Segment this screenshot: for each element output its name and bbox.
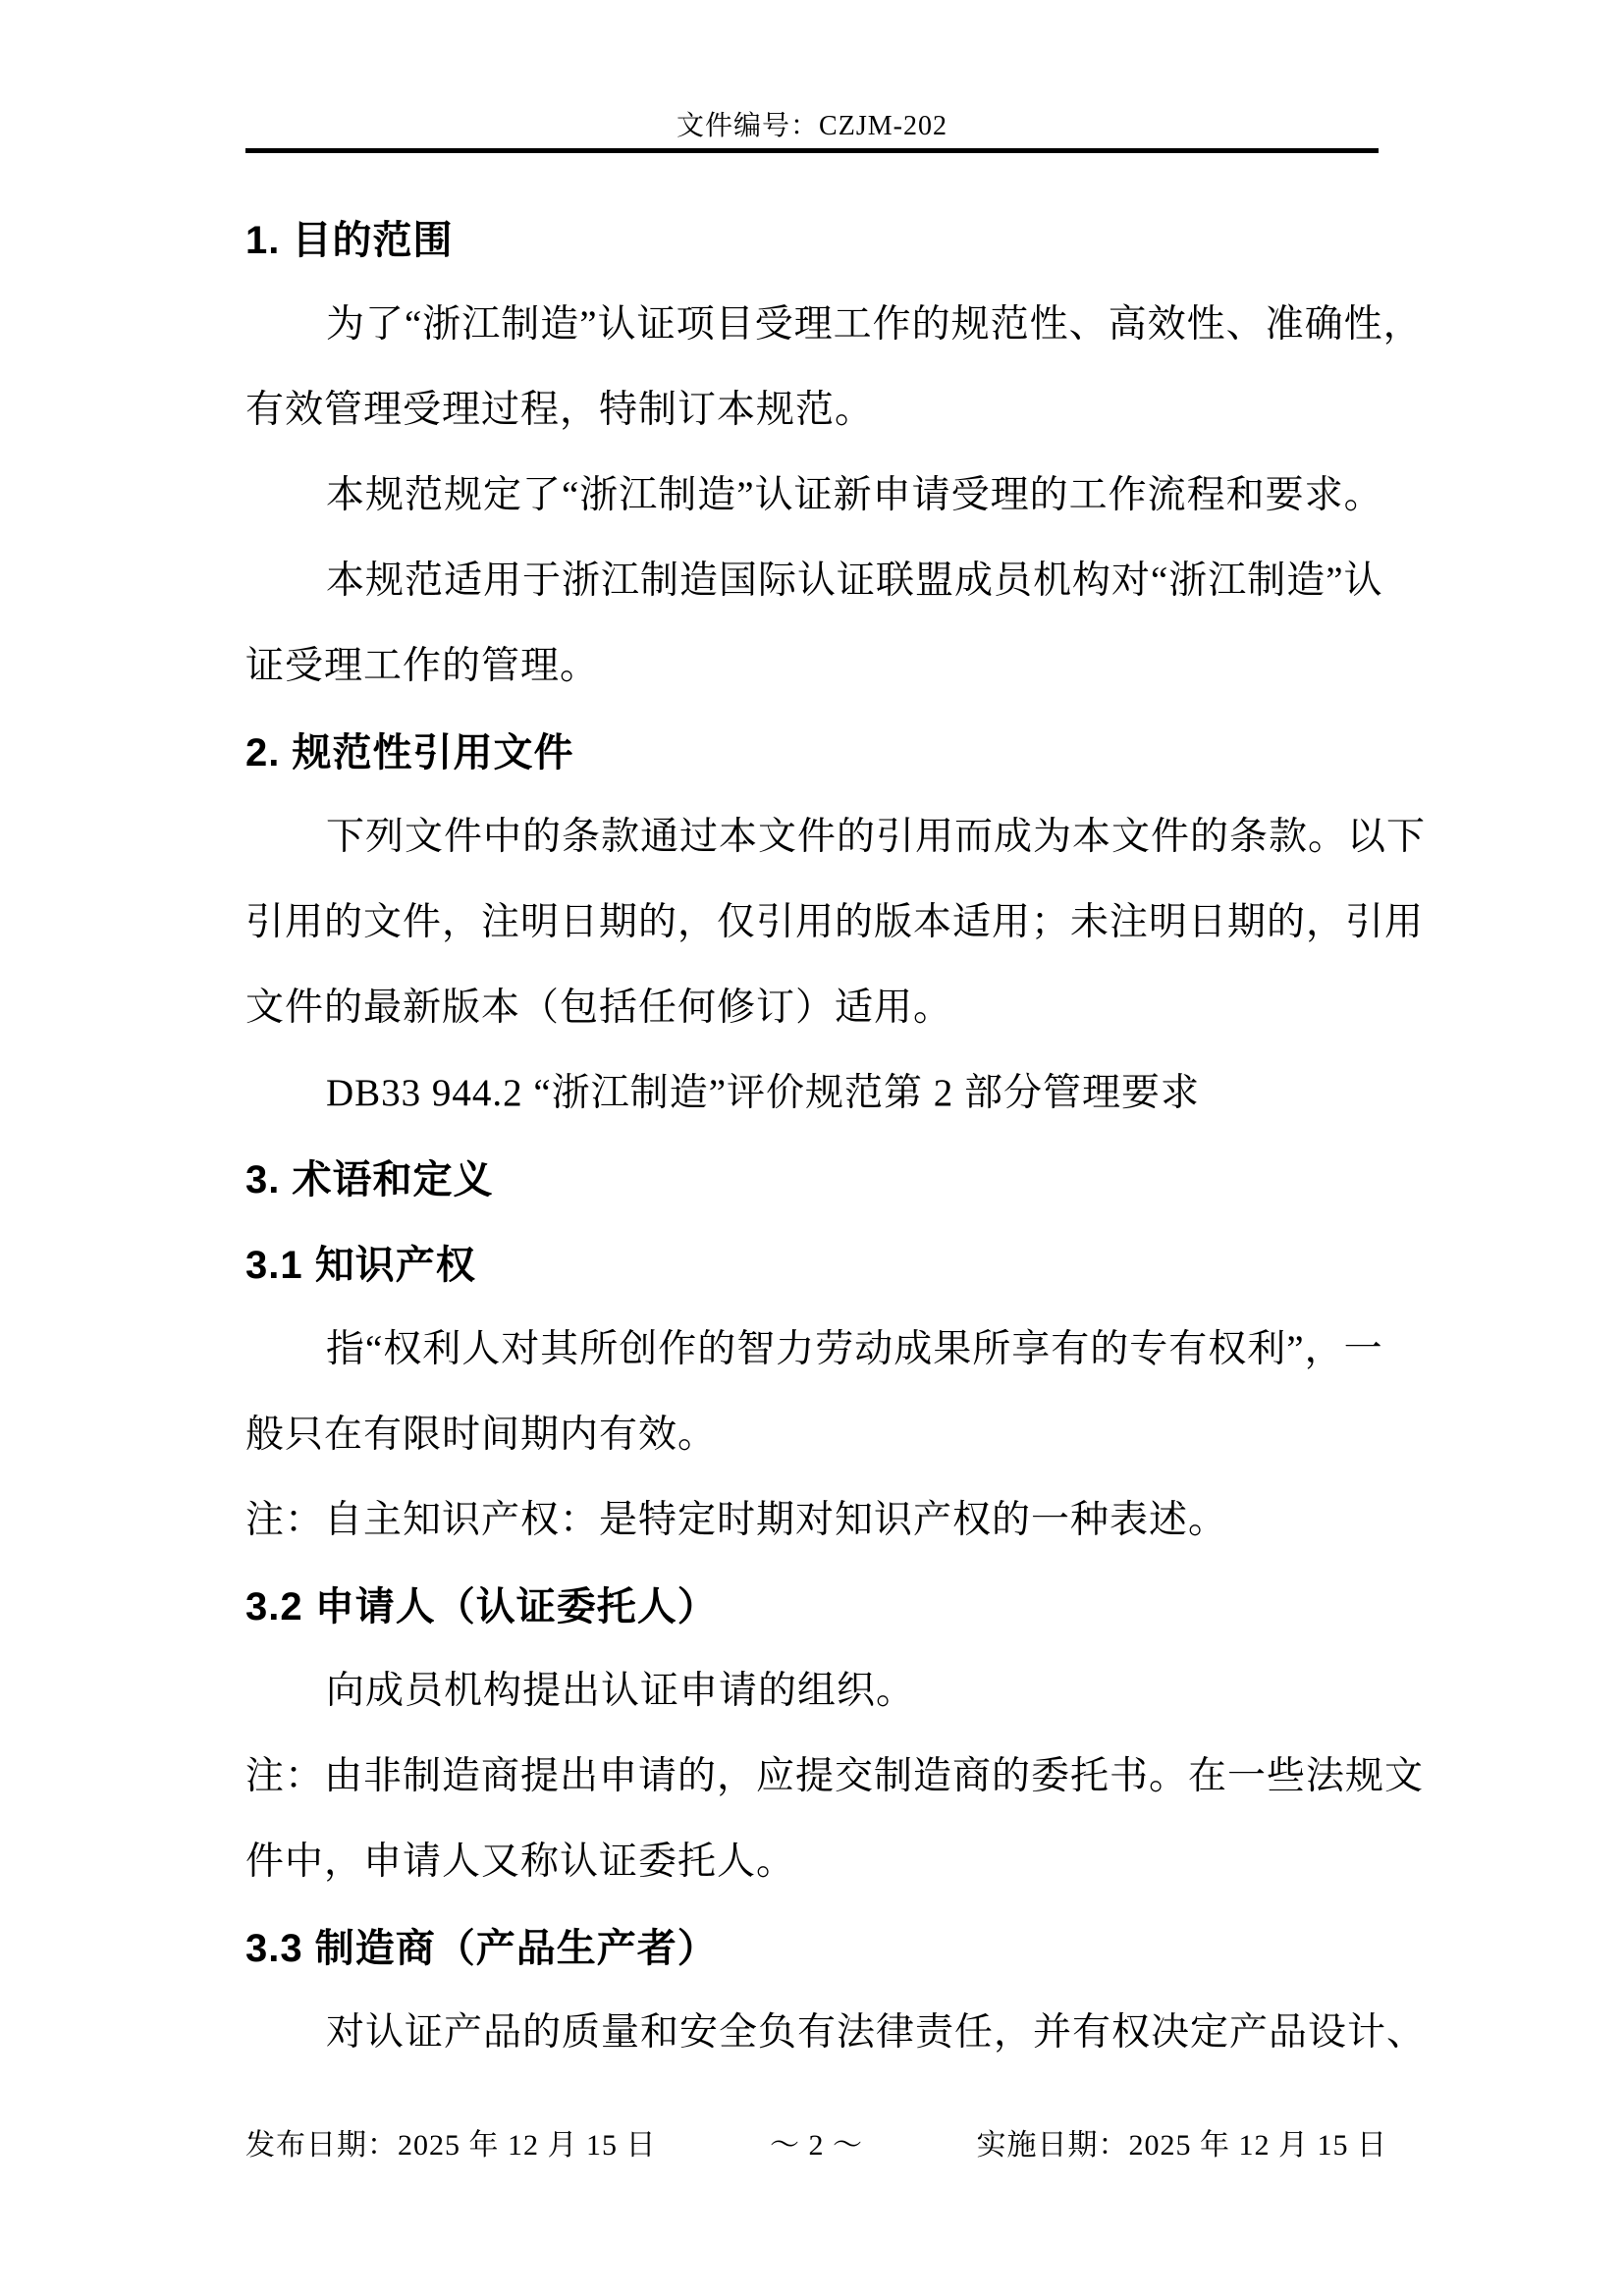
text-line: 本规范规定了“浙江制造”认证新申请受理的工作流程和要求。	[245, 474, 1404, 560]
text-line: 证受理工作的管理。	[245, 645, 1404, 730]
section-heading-2: 2. 规范性引用文件	[245, 730, 1404, 816]
page-footer: 发布日期：2025 年 12 月 15 日 ～ 2 ～ 实施日期：2025 年 …	[245, 2120, 1387, 2163]
text-line: 引用的文件，注明日期的，仅引用的版本适用；未注明日期的，引用	[245, 901, 1404, 987]
section-heading-1: 1. 目的范围	[245, 218, 1404, 303]
text-line: 有效管理受理过程，特制订本规范。	[245, 389, 1404, 474]
doc-number-header: 文件编号：CZJM-202	[0, 110, 1624, 143]
text-line: 下列文件中的条款通过本文件的引用而成为本文件的条款。以下	[245, 816, 1404, 901]
document-body: 1. 目的范围 为了“浙江制造”认证项目受理工作的规范性、高效性、准确性， 有效…	[245, 218, 1404, 2097]
note-line: 注：自主知识产权：是特定时期对知识产权的一种表述。	[245, 1499, 1404, 1584]
section-heading-3: 3. 术语和定义	[245, 1157, 1404, 1243]
text-line: 为了“浙江制造”认证项目受理工作的规范性、高效性、准确性，	[245, 303, 1404, 389]
text-line: 本规范适用于浙江制造国际认证联盟成员机构对“浙江制造”认	[245, 560, 1404, 645]
section-heading-3-2: 3.2 申请人（认证委托人）	[245, 1584, 1404, 1670]
page-number: ～ 2 ～	[770, 2120, 863, 2163]
section-heading-3-3: 3.3 制造商（产品生产者）	[245, 1926, 1404, 2011]
section-heading-3-1: 3.1 知识产权	[245, 1243, 1404, 1328]
reference-line-db33: DB33 944.2 “浙江制造”评价规范第 2 部分管理要求	[245, 1072, 1404, 1157]
release-date: 发布日期：2025 年 12 月 15 日	[245, 2120, 657, 2163]
text-line: 般只在有限时间期内有效。	[245, 1414, 1404, 1499]
note-line: 注：由非制造商提出申请的，应提交制造商的委托书。在一些法规文	[245, 1755, 1404, 1841]
header-rule	[245, 148, 1379, 153]
text-line: 对认证产品的质量和安全负有法律责任，并有权决定产品设计、	[245, 2011, 1404, 2097]
text-line: 指“权利人对其所创作的智力劳动成果所享有的专有权利”，一	[245, 1328, 1404, 1414]
text-line: 件中，申请人又称认证委托人。	[245, 1841, 1404, 1926]
text-line: 文件的最新版本（包括任何修订）适用。	[245, 987, 1404, 1072]
implement-date: 实施日期：2025 年 12 月 15 日	[977, 2120, 1388, 2163]
text-line: 向成员机构提出认证申请的组织。	[245, 1670, 1404, 1755]
document-page: 文件编号：CZJM-202 1. 目的范围 为了“浙江制造”认证项目受理工作的规…	[0, 0, 1624, 2296]
